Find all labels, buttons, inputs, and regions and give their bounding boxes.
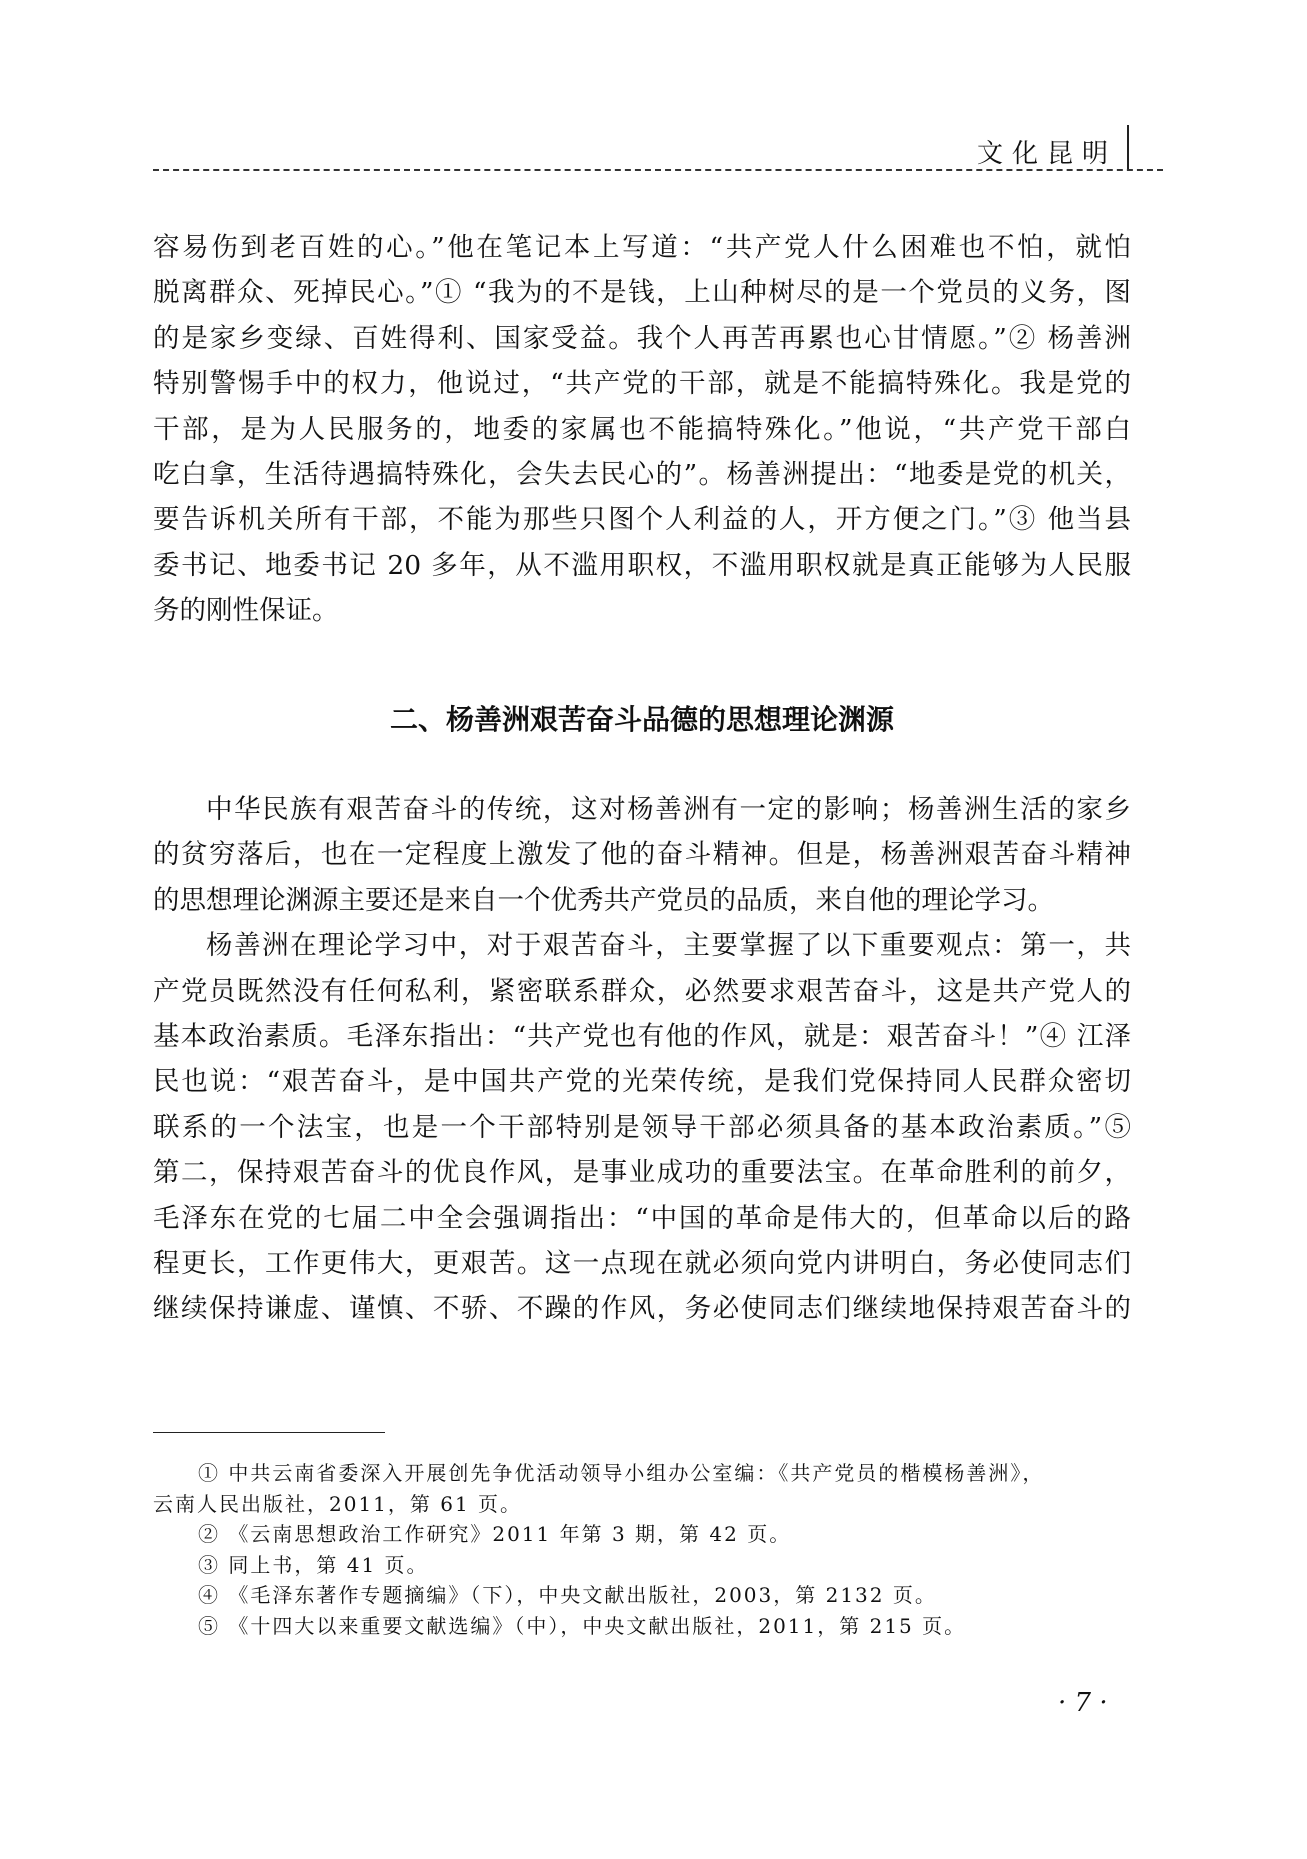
text-line: 民也说：“艰苦奋斗，是中国共产党的光荣传统，是我们党保持同人民群众密切 [153, 1059, 1131, 1104]
text-line: 委书记、地委书记 20 多年，从不滥用职权，不滥用职权就是真正能够为人民服 [153, 543, 1131, 588]
paragraph-3: 杨善洲在理论学习中，对于艰苦奋斗，主要掌握了以下重要观点：第一，共 产党员既然没… [153, 923, 1131, 1332]
paragraph-1: 容易伤到老百姓的心。”他在笔记本上写道：“共产党人什么困难也不怕，就怕 脱离群众… [153, 225, 1131, 634]
footnote-3: ③ 同上书，第 41 页。 [153, 1550, 1131, 1581]
text-line: 的是家乡变绿、百姓得利、国家受益。我个人再苦再累也心甘情愿。”② 杨善洲 [153, 316, 1131, 361]
paragraph-2: 中华民族有艰苦奋斗的传统，这对杨善洲有一定的影响；杨善洲生活的家乡 的贫穷落后，… [153, 787, 1131, 923]
text-line: 干部，是为人民服务的，地委的家属也不能搞特殊化。”他说，“共产党干部白 [153, 407, 1131, 452]
footnote-4: ④ 《毛泽东著作专题摘编》（下），中央文献出版社，2003，第 2132 页。 [153, 1580, 1131, 1611]
running-title: 文化昆明 [977, 133, 1117, 170]
text-line: 继续保持谦虚、谨慎、不骄、不躁的作风，务必使同志们继续地保持艰苦奋斗的 [153, 1286, 1131, 1331]
footnote-separator [153, 1432, 385, 1433]
body-section-2: 中华民族有艰苦奋斗的传统，这对杨善洲有一定的影响；杨善洲生活的家乡 的贫穷落后，… [153, 787, 1131, 1332]
footnote-2: ② 《云南思想政治工作研究》2011 年第 3 期，第 42 页。 [153, 1519, 1131, 1550]
running-header: 文化昆明 [153, 125, 1163, 171]
text-line: 脱离群众、死掉民心。”① “我为的不是钱，上山种树尽的是一个党员的义务，图 [153, 270, 1131, 315]
text-line: 杨善洲在理论学习中，对于艰苦奋斗，主要掌握了以下重要观点：第一，共 [153, 923, 1131, 968]
text-line: 基本政治素质。毛泽东指出：“共产党也有他的作风，就是：艰苦奋斗！”④ 江泽 [153, 1014, 1131, 1059]
text-line: 吃白拿，生活待遇搞特殊化，会失去民心的”。杨善洲提出：“地委是党的机关， [153, 452, 1131, 497]
text-line: 第二，保持艰苦奋斗的优良作风，是事业成功的重要法宝。在革命胜利的前夕， [153, 1150, 1131, 1195]
header-vertical-bar [1127, 125, 1129, 169]
text-line: 中华民族有艰苦奋斗的传统，这对杨善洲有一定的影响；杨善洲生活的家乡 [153, 787, 1131, 832]
header-dashed-rule [153, 169, 1163, 171]
section-heading: 二、杨善洲艰苦奋斗品德的思想理论渊源 [153, 700, 1131, 740]
footnotes: ① 中共云南省委深入开展创先争优活动领导小组办公室编：《共产党员的楷模杨善洲》，… [153, 1458, 1131, 1641]
page-number: · 7 · [1058, 1688, 1108, 1718]
text-line: 联系的一个法宝，也是一个干部特别是领导干部必须具备的基本政治素质。”⑤ [153, 1105, 1131, 1150]
text-line: 务的刚性保证。 [153, 588, 1131, 633]
text-line: 容易伤到老百姓的心。”他在笔记本上写道：“共产党人什么困难也不怕，就怕 [153, 225, 1131, 270]
text-line: 产党员既然没有任何私利，紧密联系群众，必然要求艰苦奋斗，这是共产党人的 [153, 969, 1131, 1014]
text-line: 要告诉机关所有干部，不能为那些只图个人利益的人，开方便之门。”③ 他当县 [153, 497, 1131, 542]
text-line: 的思想理论渊源主要还是来自一个优秀共产党员的品质，来自他的理论学习。 [153, 878, 1131, 923]
text-line: 的贫穷落后，也在一定程度上激发了他的奋斗精神。但是，杨善洲艰苦奋斗精神 [153, 832, 1131, 877]
footnote-1-continued: 云南人民出版社，2011，第 61 页。 [153, 1489, 1131, 1520]
text-line: 特别警惕手中的权力，他说过，“共产党的干部，就是不能搞特殊化。我是党的 [153, 361, 1131, 406]
text-line: 程更长，工作更伟大，更艰苦。这一点现在就必须向党内讲明白，务必使同志们 [153, 1241, 1131, 1286]
footnote-1: ① 中共云南省委深入开展创先争优活动领导小组办公室编：《共产党员的楷模杨善洲》， [153, 1458, 1131, 1489]
text-line: 毛泽东在党的七届二中全会强调指出：“中国的革命是伟大的，但革命以后的路 [153, 1196, 1131, 1241]
footnote-5: ⑤ 《十四大以来重要文献选编》（中），中央文献出版社，2011，第 215 页。 [153, 1611, 1131, 1642]
